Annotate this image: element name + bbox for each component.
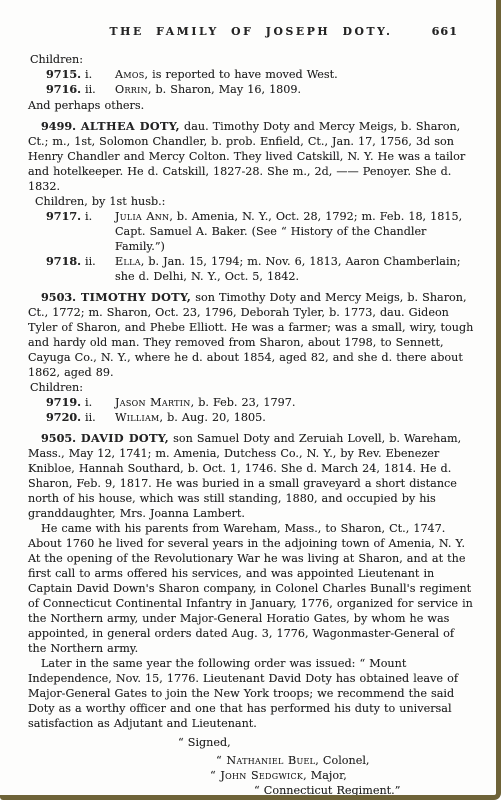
child-roman-numeral: ii. (85, 410, 115, 425)
child-entry-9715: 9715.i.Amos, is reported to have moved W… (46, 67, 474, 82)
child-number: 9719. (46, 395, 85, 410)
child-name: William (115, 411, 160, 424)
child-entry-9718: 9718.ii.Ella, b. Jan. 15, 1794; m. Nov. … (46, 254, 474, 284)
signatory-rank: , Colonel, (315, 754, 369, 767)
biography-paragraph: He came with his parents from Wareham, M… (28, 521, 474, 656)
signature-block: “ Signed, “ Nathaniel Buel, Colonel, “ J… (28, 735, 474, 798)
entry-number: 9505. (41, 431, 76, 445)
child-roman-numeral: ii. (85, 254, 115, 269)
child-name: Jason Martin (115, 396, 191, 409)
page-number: 661 (432, 24, 458, 39)
genealogy-entry-timothy: 9503. TIMOTHY DOTY, son Timothy Doty and… (28, 290, 474, 380)
child-roman-numeral: i. (85, 209, 115, 224)
entry-number: 9503. (41, 290, 76, 304)
signatory-name: “ John Sedgwick (210, 769, 303, 782)
order-paragraph: Later in the same year the following ord… (28, 656, 474, 731)
child-name: Ella (115, 255, 141, 268)
signatory-name: “ Nathaniel Buel (216, 754, 315, 767)
signature-regiment-line: “ Connecticut Regiment.” (254, 783, 474, 798)
child-number: 9717. (46, 209, 85, 224)
children-heading: Children, by 1st husb.: (35, 194, 474, 209)
child-name: Julia Ann (115, 210, 169, 223)
signed-line: “ Signed, (178, 735, 474, 750)
child-name: Amos (115, 68, 145, 81)
signature-line: “ Nathaniel Buel, Colonel, (216, 753, 474, 768)
child-roman-numeral: i. (85, 395, 115, 410)
child-number: 9718. (46, 254, 85, 269)
child-number: 9715. (46, 67, 85, 82)
signature-line: “ John Sedgwick, Major, (210, 768, 474, 783)
genealogy-entry-althea: 9499. ALTHEA DOTY, dau. Timothy Doty and… (28, 119, 474, 194)
child-text: , b. Aug. 20, 1805. (160, 411, 266, 424)
signatory-rank: , Major, (303, 769, 347, 782)
entry-number: 9499. (41, 119, 76, 133)
child-entry-9716: 9716.ii.Orrin, b. Sharon, May 16, 1809. (46, 82, 474, 97)
child-text: , b. Jan. 15, 1794; m. Nov. 6, 1813, Aar… (115, 255, 461, 283)
child-roman-numeral: ii. (85, 82, 115, 97)
child-text: , b. Feb. 23, 1797. (191, 396, 296, 409)
child-entry-9719: 9719.i.Jason Martin, b. Feb. 23, 1797. (46, 395, 474, 410)
entry-name: TIMOTHY DOTY, (76, 290, 191, 304)
perhaps-others-note: And perhaps others. (28, 98, 474, 113)
scanned-book-page: THE FAMILY OF JOSEPH DOTY. 661 Children:… (0, 0, 501, 800)
child-entry-9720: 9720.ii.William, b. Aug. 20, 1805. (46, 410, 474, 425)
child-text: , is reported to have moved West. (145, 68, 338, 81)
page-header: THE FAMILY OF JOSEPH DOTY. 661 (28, 24, 474, 39)
entry-name: ALTHEA DOTY, (76, 119, 180, 133)
genealogy-entry-david: 9505. DAVID DOTY, son Samuel Doty and Ze… (28, 431, 474, 521)
children-heading: Children: (30, 52, 474, 67)
child-entry-9717: 9717.i.Julia Ann, b. Amenia, N. Y., Oct.… (46, 209, 474, 254)
child-name: Orrin (115, 83, 148, 96)
child-text: , b. Sharon, May 16, 1809. (148, 83, 301, 96)
children-heading: Children: (30, 380, 474, 395)
running-title: THE FAMILY OF JOSEPH DOTY. (110, 25, 393, 38)
child-roman-numeral: i. (85, 67, 115, 82)
entry-text: son Samuel Doty and Zeruiah Lovell, b. W… (28, 432, 461, 520)
entry-name: DAVID DOTY, (76, 431, 169, 445)
child-number: 9720. (46, 410, 85, 425)
child-number: 9716. (46, 82, 85, 97)
entry-text: son Timothy Doty and Mercy Meigs, b. Sha… (28, 291, 473, 379)
